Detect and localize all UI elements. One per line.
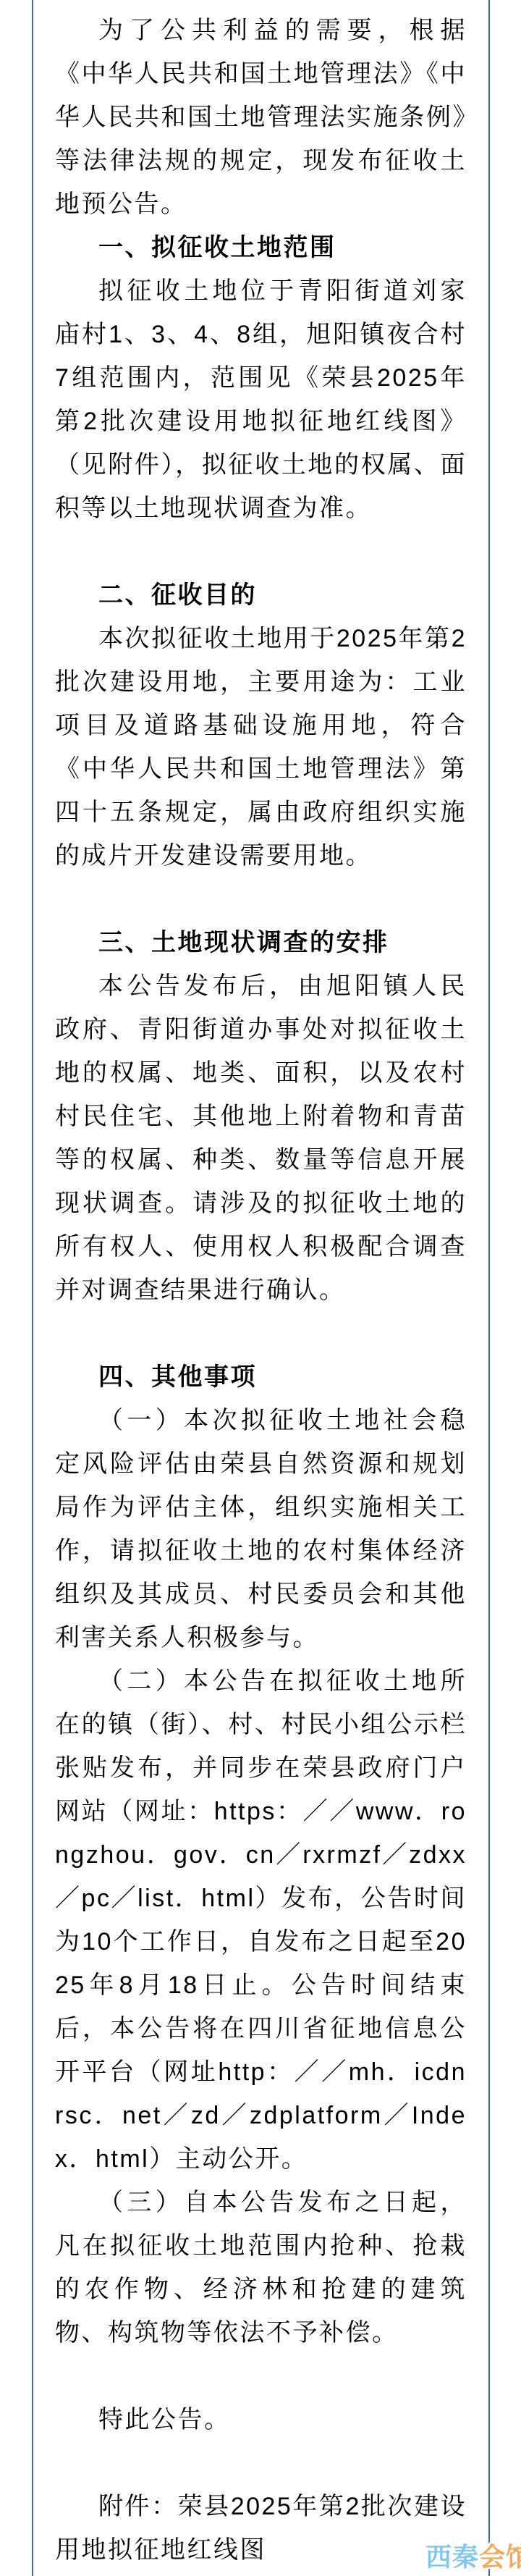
- intro-paragraph: 为了公共利益的需要，根据《中华人民共和国土地管理法》《中华人民共和国土地管理法实…: [55, 9, 467, 226]
- closing-line: 特此公告。: [55, 2398, 467, 2441]
- watermark-text-orange: 会馆: [479, 2542, 521, 2572]
- watermark-logo: 西秦会馆: [425, 2537, 521, 2574]
- document-frame: 为了公共利益的需要，根据《中华人民共和国土地管理法》《中华人民共和国土地管理法实…: [32, 0, 490, 2576]
- blank-line: [55, 2441, 467, 2485]
- section-heading-other: 四、其他事项: [55, 1355, 467, 1399]
- blank-line: [55, 877, 467, 921]
- other-paragraph-1: （一）本次拟征收土地社会稳定风险评估由荣县自然资源和规划局作为评估主体，组织实施…: [55, 1399, 467, 1659]
- other-paragraph-3: （三）自本公告发布之日起，凡在拟征收土地范围内抢种、抢栽的农作物、经济林和抢建的…: [55, 2181, 467, 2354]
- section-heading-purpose: 二、征收目的: [55, 573, 467, 617]
- scope-paragraph: 拟征收土地位于青阳街道刘家庙村1、3、4、8组，旭阳镇夜合村7组范围内，范围见《…: [55, 269, 467, 530]
- blank-line: [55, 1312, 467, 1355]
- notice-page: 为了公共利益的需要，根据《中华人民共和国土地管理法》《中华人民共和国土地管理法实…: [0, 0, 521, 2576]
- watermark-text-blue: 西秦: [425, 2542, 479, 2572]
- other-paragraph-2: （二）本公告在拟征收土地所在的镇（街）、村、村民小组公示栏张贴发布，并同步在荣县…: [55, 1659, 467, 2181]
- purpose-paragraph: 本次拟征收土地用于2025年第2批次建设用地，主要用途为：工业项目及道路基础设施…: [55, 617, 467, 877]
- section-heading-scope: 一、拟征收土地范围: [55, 226, 467, 269]
- survey-paragraph: 本公告发布后，由旭阳镇人民政府、青阳街道办事处对拟征收土地的权属、地类、面积，以…: [55, 964, 467, 1312]
- attachment-line: 附件：荣县2025年第2批次建设用地拟征地红线图: [55, 2485, 467, 2572]
- blank-line: [55, 2354, 467, 2398]
- blank-line: [55, 530, 467, 573]
- section-heading-survey: 三、土地现状调查的安排: [55, 921, 467, 964]
